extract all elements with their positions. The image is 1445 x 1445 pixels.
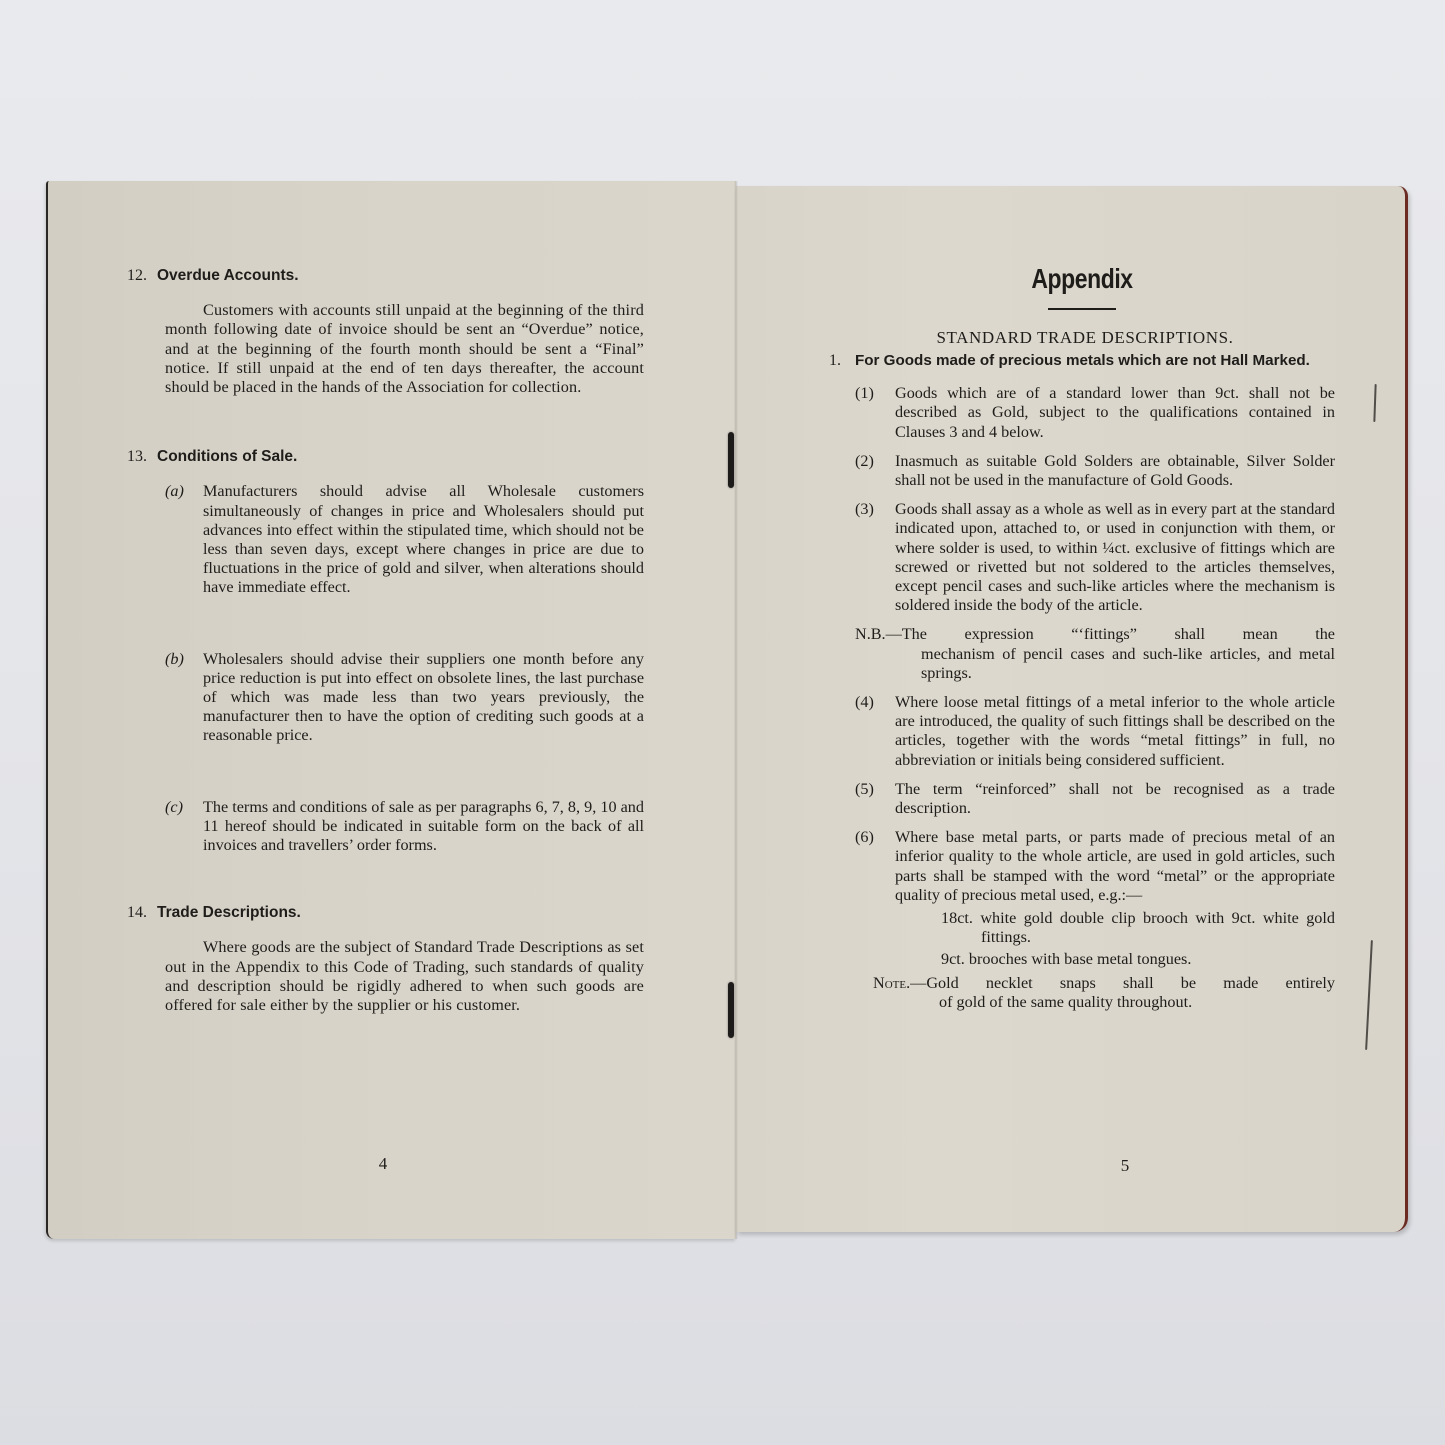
subclause-a: (a) Manufacturers should advise all Whol… (127, 482, 644, 597)
right-page: Appendix STANDARD TRADE DESCRIPTIONS. 1.… (736, 186, 1408, 1232)
section-heading: 12. Overdue Accounts. (127, 266, 644, 285)
clause-text: Where base metal parts, or parts made of… (895, 828, 1335, 905)
title-divider (1048, 308, 1116, 310)
left-page-content: 12. Overdue Accounts. Customers with acc… (127, 266, 644, 1015)
clause-1: (1) Goods which are of a standard lower … (829, 384, 1335, 442)
section-body: Customers with accounts still unpaid at … (127, 301, 644, 397)
subclause-b: (b) Wholesalers should advise their supp… (127, 650, 644, 746)
clause-5: (5) The term “reinforced” shall not be r… (829, 780, 1335, 818)
subclause-text: Manufacturers should advise all Wholesal… (203, 482, 644, 597)
section-title: Conditions of Sale. (157, 447, 297, 466)
section-title: For Goods made of precious metals which … (855, 351, 1335, 370)
clause-3: (3) Goods shall assay as a whole as well… (829, 500, 1335, 615)
section-14: 14. Trade Descriptions. Where goods are … (127, 903, 644, 1015)
section-number: 1. (829, 351, 855, 370)
clause-label: (2) (829, 452, 895, 490)
appendix-subtitle: STANDARD TRADE DESCRIPTIONS. (835, 328, 1335, 347)
section-heading: 13. Conditions of Sale. (127, 447, 644, 466)
examples-list: 18ct. white gold double clip brooch with… (829, 909, 1335, 970)
section-heading: 14. Trade Descriptions. (127, 903, 644, 922)
subclause-label: (c) (127, 798, 203, 856)
clause-label: (4) (829, 693, 895, 770)
subclause-c: (c) The terms and conditions of sale as … (127, 798, 644, 856)
clause-label: (1) (829, 384, 895, 442)
section-number: 13. (127, 447, 147, 466)
clause-4: (4) Where loose metal fittings of a meta… (829, 693, 1335, 770)
subclause-label: (b) (127, 650, 203, 746)
subclause-text: The terms and conditions of sale as per … (203, 798, 644, 856)
nb-text-first-line: The expression “‘fittings” shall mean th… (902, 625, 1335, 644)
page-number: 5 (1105, 1156, 1145, 1176)
clause-label: (6) (829, 828, 895, 905)
clause-text: Goods shall assay as a whole as well as … (895, 500, 1335, 615)
right-page-content: Appendix STANDARD TRADE DESCRIPTIONS. 1.… (829, 262, 1335, 1012)
clause-text: Where loose metal fittings of a metal in… (895, 693, 1335, 770)
nb-label: N.B.— (855, 625, 902, 644)
section-title: Overdue Accounts. (157, 266, 299, 285)
nota-bene: N.B.— The expression “‘fittings” shall m… (829, 625, 1335, 683)
spine-fold (734, 181, 738, 1239)
section-number: 12. (127, 266, 147, 285)
note: Note.— Gold necklet snaps shall be made … (829, 974, 1335, 1012)
appendix-title: Appendix (875, 262, 1290, 296)
section-body: Where goods are the subject of Standard … (127, 938, 644, 1015)
clause-label: (5) (829, 780, 895, 818)
nb-text: mechanism of pencil cases and such-like … (829, 645, 1335, 683)
example-item: 9ct. brooches with base metal tongues. (829, 950, 1335, 969)
note-text: of gold of the same quality throughout. (829, 993, 1335, 1012)
clause-text: The term “reinforced” shall not be recog… (895, 780, 1335, 818)
note-label: Note.— (873, 974, 926, 993)
example-item: 18ct. white gold double clip brooch with… (829, 909, 1335, 947)
clause-label: (3) (829, 500, 895, 615)
section-13: 13. Conditions of Sale. (a) Manufacturer… (127, 447, 644, 855)
staple-bottom (728, 982, 734, 1038)
note-text-first-line: Gold necklet snaps shall be made entirel… (926, 974, 1335, 993)
section-12: 12. Overdue Accounts. Customers with acc… (127, 266, 644, 397)
open-booklet: 12. Overdue Accounts. Customers with acc… (46, 181, 1412, 1239)
appendix-section-heading: 1. For Goods made of precious metals whi… (829, 351, 1335, 370)
clause-2: (2) Inasmuch as suitable Gold Solders ar… (829, 452, 1335, 490)
left-page: 12. Overdue Accounts. Customers with acc… (46, 181, 736, 1239)
staple-top (728, 432, 734, 488)
subclause-label: (a) (127, 482, 203, 597)
subclause-text: Wholesalers should advise their supplier… (203, 650, 644, 746)
page-number: 4 (363, 1154, 403, 1174)
clause-text: Inasmuch as suitable Gold Solders are ob… (895, 452, 1335, 490)
clause-text: Goods which are of a standard lower than… (895, 384, 1335, 442)
clause-6: (6) Where base metal parts, or parts mad… (829, 828, 1335, 905)
section-title: Trade Descriptions. (157, 903, 301, 922)
section-number: 14. (127, 903, 147, 922)
